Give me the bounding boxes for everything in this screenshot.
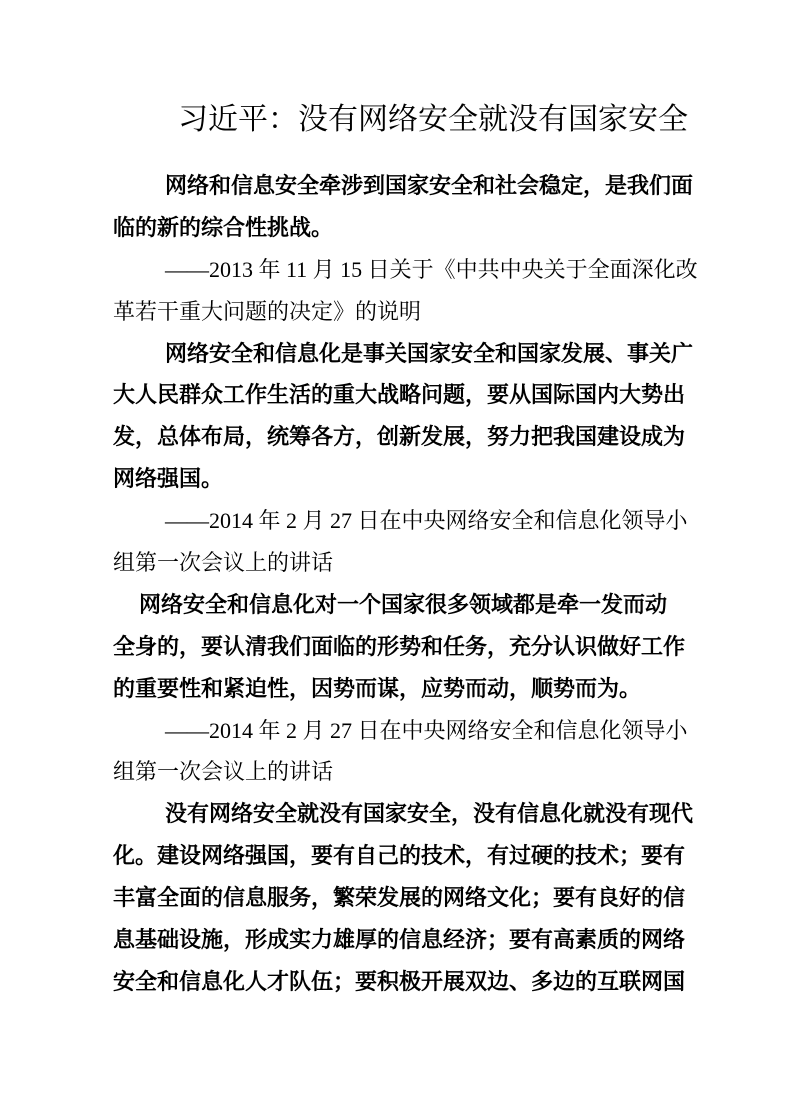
text-line: 大人民群众工作生活的重大战略问题，要从国际国内大势出 <box>113 374 685 416</box>
text-line: 临的新的综合性挑战。 <box>113 207 685 249</box>
attribution-paragraph: ——2013 年 11 月 15 日关于《中共中央关于全面深化改革若干重大问题的… <box>113 249 685 333</box>
text-line: 网络和信息安全牵涉到国家安全和社会稳定，是我们面 <box>113 165 685 207</box>
text-line: 网络强国。 <box>113 458 685 500</box>
quote-paragraph: 网络安全和信息化是事关国家安全和国家发展、事关广大人民群众工作生活的重大战略问题… <box>113 333 685 501</box>
text-line: ——2014 年 2 月 27 日在中央网络安全和信息化领导小 <box>113 710 685 752</box>
text-line: 安全和信息化人才队伍；要积极开展双边、多边的互联网国 <box>113 961 685 1003</box>
document-page: 习近平：没有网络安全就没有国家安全 网络和信息安全牵涉到国家安全和社会稳定，是我… <box>0 0 794 1108</box>
text-line: 全身的，要认清我们面临的形势和任务，充分认识做好工作 <box>113 626 685 668</box>
quote-paragraph: 网络和信息安全牵涉到国家安全和社会稳定，是我们面临的新的综合性挑战。 <box>113 165 685 249</box>
text-line: 网络安全和信息化对一个国家很多领域都是牵一发而动 <box>113 584 685 626</box>
text-line: ——2014 年 2 月 27 日在中央网络安全和信息化领导小 <box>113 500 685 542</box>
text-line: 组第一次会议上的讲话 <box>113 542 685 584</box>
text-line: 的重要性和紧迫性，因势而谋，应势而动，顺势而为。 <box>113 668 685 710</box>
text-line: 没有网络安全就没有国家安全，没有信息化就没有现代 <box>113 793 685 835</box>
text-line: 网络安全和信息化是事关国家安全和国家发展、事关广 <box>113 333 685 375</box>
text-line: 发，总体布局，统筹各方，创新发展，努力把我国建设成为 <box>113 416 685 458</box>
attribution-paragraph: ——2014 年 2 月 27 日在中央网络安全和信息化领导小组第一次会议上的讲… <box>113 500 685 584</box>
document-body: 网络和信息安全牵涉到国家安全和社会稳定，是我们面临的新的综合性挑战。——2013… <box>113 165 685 1003</box>
text-line: 化。建设网络强国，要有自己的技术，有过硬的技术；要有 <box>113 835 685 877</box>
text-line: ——2013 年 11 月 15 日关于《中共中央关于全面深化改 <box>113 249 685 291</box>
text-line: 组第一次会议上的讲话 <box>113 751 685 793</box>
text-line: 革若干重大问题的决定》的说明 <box>113 291 685 333</box>
attribution-paragraph: ——2014 年 2 月 27 日在中央网络安全和信息化领导小组第一次会议上的讲… <box>113 710 685 794</box>
quote-paragraph: 网络安全和信息化对一个国家很多领域都是牵一发而动全身的，要认清我们面临的形势和任… <box>113 584 685 710</box>
text-line: 丰富全面的信息服务，繁荣发展的网络文化；要有良好的信 <box>113 877 685 919</box>
text-line: 息基础设施，形成实力雄厚的信息经济；要有高素质的网络 <box>113 919 685 961</box>
quote-paragraph: 没有网络安全就没有国家安全，没有信息化就没有现代化。建设网络强国，要有自己的技术… <box>113 793 685 1002</box>
document-title: 习近平：没有网络安全就没有国家安全 <box>178 102 688 138</box>
